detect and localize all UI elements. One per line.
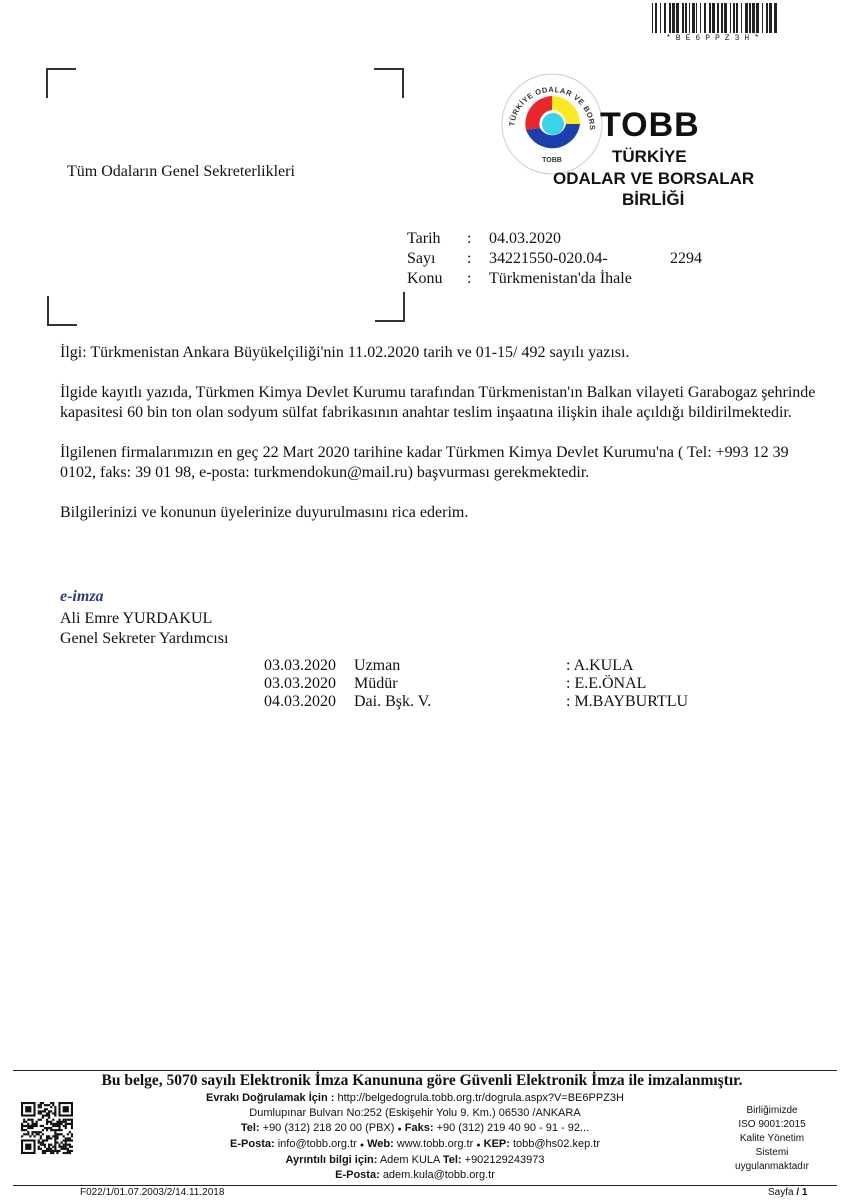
contact-email-link[interactable]: adem.kula@tobb.org.tr bbox=[383, 1169, 495, 1181]
address-window-corner-bottom-right bbox=[375, 292, 405, 322]
body-paragraph-1: İlgide kayıtlı yazıda, Türkmen Kimya Dev… bbox=[60, 383, 820, 423]
verify-line: Evrakı Doğrulamak İçin : http://belgedog… bbox=[150, 1091, 680, 1106]
contact-label: Ayrıntılı bilgi için: bbox=[286, 1154, 378, 1166]
e-signature-mark: e-imza bbox=[60, 588, 104, 606]
bullet-icon: ● bbox=[360, 1142, 364, 1149]
document-barcode: *BE6PPZ3H* bbox=[652, 3, 778, 41]
tel-value: +90 (312) 218 20 00 (PBX) bbox=[263, 1122, 395, 1134]
reference-line: İlgi: Türkmenistan Ankara Büyükelçiliği'… bbox=[60, 343, 820, 363]
iso-line: uygulanmaktadır bbox=[722, 1160, 822, 1174]
fax-label: Faks: bbox=[405, 1122, 434, 1134]
tobb-emblem-logo: TÜRKİYE ODALAR VE BORSALAR BİRLİĞİ TOBB bbox=[500, 72, 604, 176]
date-value: 04.03.2020 bbox=[489, 229, 561, 249]
phone-line: Tel: +90 (312) 218 20 00 (PBX) ● Faks: +… bbox=[150, 1121, 680, 1137]
web-label: Web: bbox=[367, 1138, 394, 1150]
footer-divider-bottom bbox=[13, 1185, 837, 1186]
date-label: Tarih bbox=[407, 229, 467, 249]
contact-email-label: E-Posta: bbox=[335, 1169, 380, 1181]
web-link[interactable]: www.tobb.org.tr bbox=[397, 1138, 473, 1150]
form-code: F022/1/01.07.2003/2/14.11.2018 bbox=[80, 1187, 224, 1198]
meta-number-row: Sayı : 34221550-020.04- bbox=[407, 249, 632, 269]
approval-row: 04.03.2020 Dai. Bşk. V. : M.BAYBURTLU bbox=[264, 693, 688, 711]
address-window-corner-top-left bbox=[46, 68, 76, 98]
meta-subject-row: Konu : Türkmenistan'da İhale bbox=[407, 269, 632, 289]
kep-value: tobb@hs02.kep.tr bbox=[513, 1138, 600, 1150]
meta-date-row: Tarih : 04.03.2020 bbox=[407, 229, 632, 249]
approval-role: Dai. Bşk. V. bbox=[354, 693, 566, 711]
contact-tel-value: +902129243973 bbox=[465, 1154, 545, 1166]
address-line: Dumlupınar Bulvarı No:252 (Eskişehir Yol… bbox=[150, 1106, 680, 1121]
verify-label: Evrakı Doğrulamak İçin : bbox=[206, 1092, 334, 1104]
verify-link[interactable]: http://belgedogrula.tobb.org.tr/dogrula.… bbox=[337, 1092, 624, 1104]
tel-label: Tel: bbox=[241, 1122, 260, 1134]
iso-certification-note: Birliğimizde ISO 9001:2015 Kalite Yöneti… bbox=[722, 1104, 822, 1174]
page-value: / 1 bbox=[796, 1187, 807, 1198]
signer-name: Ali Emre YURDAKUL bbox=[60, 609, 228, 629]
logo-wordmark: TOBB bbox=[600, 106, 700, 145]
approval-date: 03.03.2020 bbox=[264, 675, 354, 693]
signer-title: Genel Sekreter Yardımcısı bbox=[60, 629, 228, 649]
barcode-text: *BE6PPZ3H* bbox=[652, 34, 778, 43]
letter-body: İlgi: Türkmenistan Ankara Büyükelçiliği'… bbox=[60, 343, 820, 543]
approval-date: 03.03.2020 bbox=[264, 657, 354, 675]
approval-name: : E.E.ÖNAL bbox=[566, 675, 646, 693]
verification-qr-code[interactable] bbox=[21, 1094, 73, 1162]
closing-line: Bilgilerinizi ve konunun üyelerinize duy… bbox=[60, 503, 820, 523]
address-window-corner-bottom-left bbox=[47, 296, 77, 326]
approval-name: : M.BAYBURTLU bbox=[566, 693, 688, 711]
logo-org-line-2: ODALAR VE BORSALAR bbox=[553, 169, 754, 189]
number-label: Sayı bbox=[407, 249, 467, 269]
iso-line: Birliğimizde bbox=[722, 1104, 822, 1118]
subject-value: Türkmenistan'da İhale bbox=[489, 269, 632, 289]
approval-row: 03.03.2020 Müdür : E.E.ÖNAL bbox=[264, 675, 688, 693]
iso-line: ISO 9001:2015 bbox=[722, 1118, 822, 1132]
logo-org-line-1: TÜRKİYE bbox=[612, 147, 687, 167]
page-number: Sayfa / 1 bbox=[768, 1187, 807, 1198]
document-meta: Tarih : 04.03.2020 Sayı : 34221550-020.0… bbox=[407, 229, 632, 289]
bullet-icon: ● bbox=[476, 1142, 480, 1149]
subject-label: Konu bbox=[407, 269, 467, 289]
signer-block: Ali Emre YURDAKUL Genel Sekreter Yardımc… bbox=[60, 609, 228, 649]
bullet-icon: ● bbox=[397, 1126, 401, 1133]
separator: : bbox=[467, 249, 489, 269]
iso-line: Sistemi bbox=[722, 1146, 822, 1160]
recipient: Tüm Odaların Genel Sekreterlikleri bbox=[67, 163, 295, 181]
approval-table: 03.03.2020 Uzman : A.KULA 03.03.2020 Müd… bbox=[264, 657, 688, 711]
online-line: E-Posta: info@tobb.org.tr ● Web: www.tob… bbox=[150, 1137, 680, 1153]
separator: : bbox=[467, 229, 489, 249]
email-link[interactable]: info@tobb.org.tr bbox=[278, 1138, 357, 1150]
contact-name: Adem KULA bbox=[380, 1154, 440, 1166]
page-label: Sayfa bbox=[768, 1187, 794, 1198]
kep-label: KEP: bbox=[484, 1138, 510, 1150]
approval-name: : A.KULA bbox=[566, 657, 634, 675]
email-label: E-Posta: bbox=[230, 1138, 275, 1150]
footer-contact-info: Evrakı Doğrulamak İçin : http://belgedog… bbox=[150, 1091, 680, 1183]
contact-email-line: E-Posta: adem.kula@tobb.org.tr bbox=[150, 1168, 680, 1183]
fax-value: +90 (312) 219 40 90 - 91 - 92... bbox=[437, 1122, 590, 1134]
approval-row: 03.03.2020 Uzman : A.KULA bbox=[264, 657, 688, 675]
approval-role: Müdür bbox=[354, 675, 566, 693]
e-signature-legal-notice: Bu belge, 5070 sayılı Elektronik İmza Ka… bbox=[0, 1072, 844, 1090]
approval-date: 04.03.2020 bbox=[264, 693, 354, 711]
address-window-corner-top-right bbox=[374, 68, 404, 98]
number-suffix: 2294 bbox=[670, 250, 702, 268]
svg-text:TOBB: TOBB bbox=[542, 157, 562, 164]
logo-org-line-3: BİRLİĞİ bbox=[622, 190, 684, 210]
footer-divider-top bbox=[13, 1070, 837, 1071]
body-paragraph-2: İlgilenen firmalarımızın en geç 22 Mart … bbox=[60, 443, 820, 483]
separator: : bbox=[467, 269, 489, 289]
contact-tel-label: Tel: bbox=[443, 1154, 462, 1166]
approval-role: Uzman bbox=[354, 657, 566, 675]
barcode-bars bbox=[652, 3, 778, 33]
iso-line: Kalite Yönetim bbox=[722, 1132, 822, 1146]
contact-line: Ayrıntılı bilgi için: Adem KULA Tel: +90… bbox=[150, 1153, 680, 1168]
number-value: 34221550-020.04- bbox=[489, 249, 608, 269]
